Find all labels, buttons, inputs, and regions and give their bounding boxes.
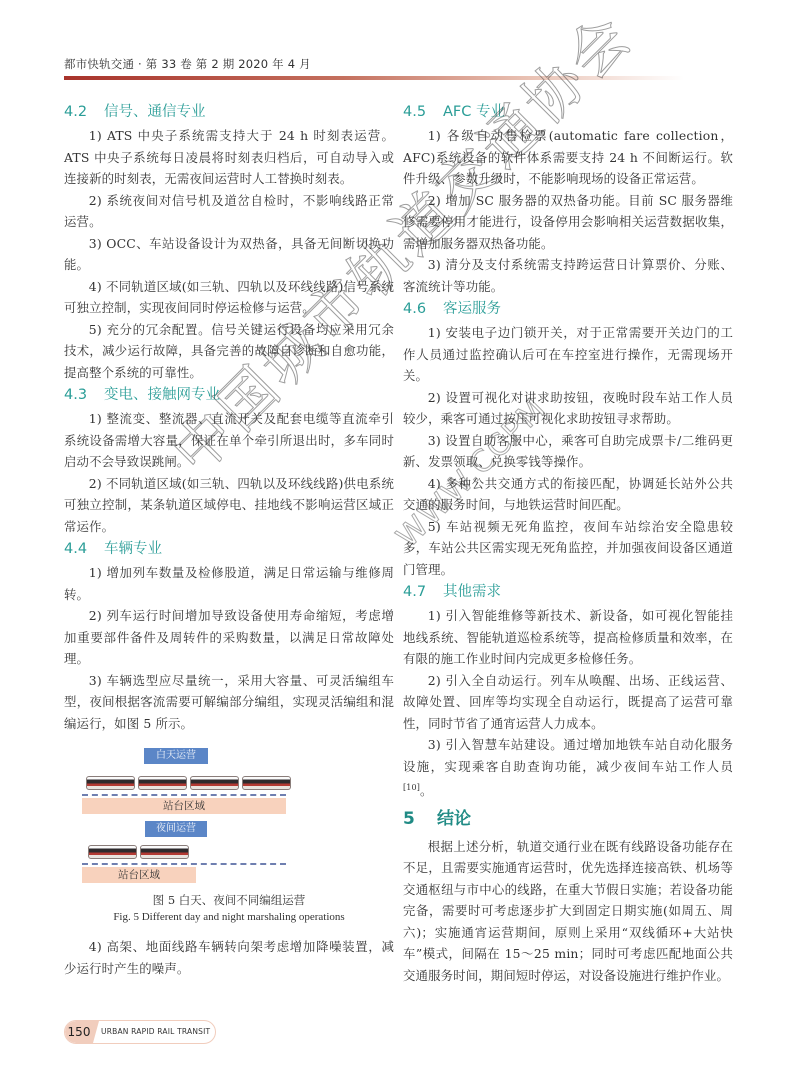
paragraph: 5) 车站视频无死角监控，夜间车站综治安全隐患较多，车站公共区需实现无死角监控，…	[403, 516, 733, 581]
section-number: 4.4	[64, 539, 104, 559]
section-number: 4.5	[403, 102, 443, 122]
day-platform: 站台区域	[82, 798, 286, 814]
paragraph: 1) 增加列车数量及检修股道，满足日常运输与维修周转。	[64, 562, 394, 605]
left-column: 4.2信号、通信专业 1) ATS 中央子系统需支持大于 24 h 时刻表运营。…	[64, 100, 394, 979]
running-head: 都市快轨交通 · 第 33 卷 第 2 期 2020 年 4 月	[64, 56, 311, 72]
paragraph: 2) 不同轨道区域(如三轨、四轨以及环线线路)供电系统可独立控制，某条轨道区域停…	[64, 473, 394, 538]
citation-ref[interactable]: [10]	[403, 783, 420, 792]
section-number: 4.3	[64, 385, 104, 405]
paragraph: 2) 列车运行时间增加导致设备使用寿命缩短，考虑增加重要部件备件及周转件的采购数…	[64, 605, 394, 670]
train-car-icon	[138, 776, 187, 790]
paragraph: 3) 引入智慧车站建设。通过增加地铁车站自动化服务设施，实现乘客自助查询功能，减…	[403, 734, 733, 802]
day-operation-label: 白天运营	[144, 748, 208, 764]
journal-name: URBAN RAPID RAIL TRANSIT	[101, 1021, 210, 1043]
section-heading-4-6: 4.6客运服务	[403, 299, 733, 319]
section-heading-4-7: 4.7其他需求	[403, 582, 733, 602]
section-number: 4.7	[403, 582, 443, 602]
figure-caption-cn: 图 5 白天、夜间不同编组运营	[64, 892, 394, 909]
train-car-icon	[242, 776, 291, 790]
section-heading-5: 5结论	[403, 806, 733, 832]
figure-caption-en: Fig. 5 Different day and night marshalin…	[64, 909, 394, 926]
section-heading-4-4: 4.4车辆专业	[64, 539, 394, 559]
section-title: 客运服务	[443, 301, 501, 317]
paragraph: 1) ATS 中央子系统需支持大于 24 h 时刻表运营。ATS 中央子系统每日…	[64, 125, 394, 190]
section-heading-4-5: 4.5AFC 专业	[403, 102, 733, 122]
paragraph: 4) 高架、地面线路车辆转向架考虑增加降噪装置，减少运行时产生的噪声。	[64, 936, 394, 979]
paragraph-text: 3) 引入智慧车站建设。通过增加地铁车站自动化服务设施，实现乘客自助查询功能，减…	[403, 737, 733, 774]
paragraph: 1) 整流变、整流器、直流开关及配套电缆等直流牵引系统设备需增大容量，保证在单个…	[64, 408, 394, 473]
section-number: 4.6	[403, 299, 443, 319]
right-column: 4.5AFC 专业 1) 各级自动售检票(automatic fare coll…	[403, 100, 733, 986]
figure-5: 白天运营 站台区域 夜间运营 站台区域 图 5 白天、夜间不同编组运营 Fig.…	[64, 746, 394, 926]
paragraph: 1) 引入智能维修等新技术、新设备，如可视化智能挂地线系统、智能轨道巡检系统等，…	[403, 605, 733, 670]
section-heading-4-3: 4.3变电、接触网专业	[64, 385, 394, 405]
paragraph: 3) 清分及支付系统需支持跨运营日计算票价、分账、客流统计等功能。	[403, 254, 733, 297]
paragraph: 2) 系统夜间对信号机及道岔自检时，不影响线路正常运营。	[64, 190, 394, 233]
section-title: 结论	[437, 809, 471, 829]
paragraph: 2) 引入全自动运行。列车从唤醒、出场、正线运营、故障处置、回库等均实现全自动运…	[403, 670, 733, 735]
track-line	[82, 863, 286, 865]
paragraph: 2) 设置可视化对讲求助按钮，夜晚时段车站工作人员较少，乘客可通过按压可视化求助…	[403, 387, 733, 430]
paragraph: 1) 各级自动售检票(automatic fare collection，AFC…	[403, 125, 733, 190]
paragraph: 4) 多种公共交通方式的衔接匹配，协调延长站外公共交通的服务时间，与地铁运营时间…	[403, 473, 733, 516]
night-operation-label: 夜间运营	[145, 821, 207, 837]
train-car-icon	[86, 776, 135, 790]
paragraph: 3) 车辆选型应尽量统一，采用大容量、可灵活编组车型，夜间根据客流需要可解编部分…	[64, 670, 394, 735]
paragraph: 2) 增加 SC 服务器的双热备功能。目前 SC 服务器维修需要停用才能进行，设…	[403, 190, 733, 255]
section-heading-4-2: 4.2信号、通信专业	[64, 102, 394, 122]
page-number: 150	[65, 1021, 93, 1043]
section-title: 其他需求	[443, 584, 501, 600]
paragraph-end: 。	[420, 783, 433, 798]
paragraph: 1) 安装电子边门锁开关，对于正常需要开关边门的工作人员通过监控确认后可在车控室…	[403, 322, 733, 387]
section-title: 车辆专业	[104, 541, 162, 557]
paragraph: 4) 不同轨道区域(如三轨、四轨以及环线线路)信号系统可独立控制，实现夜间同时停…	[64, 276, 394, 319]
paragraph: 3) OCC、车站设备设计为双热备，具备无间断切换功能。	[64, 233, 394, 276]
figure-5-diagram: 白天运营 站台区域 夜间运营 站台区域	[64, 746, 394, 886]
train-car-icon	[140, 845, 189, 859]
paragraph: 3) 设置自助客服中心，乘客可自助完成票卡/二维码更新、发票领取、兑换零钱等操作…	[403, 430, 733, 473]
page-footer: 150 URBAN RAPID RAIL TRANSIT	[64, 1020, 216, 1044]
section-title: 信号、通信专业	[104, 104, 206, 120]
track-line	[82, 794, 286, 796]
train-car-icon	[88, 845, 137, 859]
section-title: AFC 专业	[443, 104, 505, 120]
header-rule	[64, 76, 684, 80]
night-platform: 站台区域	[82, 867, 196, 883]
paragraph: 5) 充分的冗余配置。信号关键运行设备均应采用冗余技术，减少运行故障，具备完善的…	[64, 319, 394, 384]
section-title: 变电、接触网专业	[104, 387, 220, 403]
section-number: 4.2	[64, 102, 104, 122]
day-train	[86, 776, 291, 790]
train-car-icon	[190, 776, 239, 790]
paragraph: 根据上述分析，轨道交通行业在既有线路设备功能存在不足，且需要实施通宵运营时，优先…	[403, 836, 733, 987]
section-number: 5	[403, 806, 437, 832]
night-train	[88, 845, 189, 859]
